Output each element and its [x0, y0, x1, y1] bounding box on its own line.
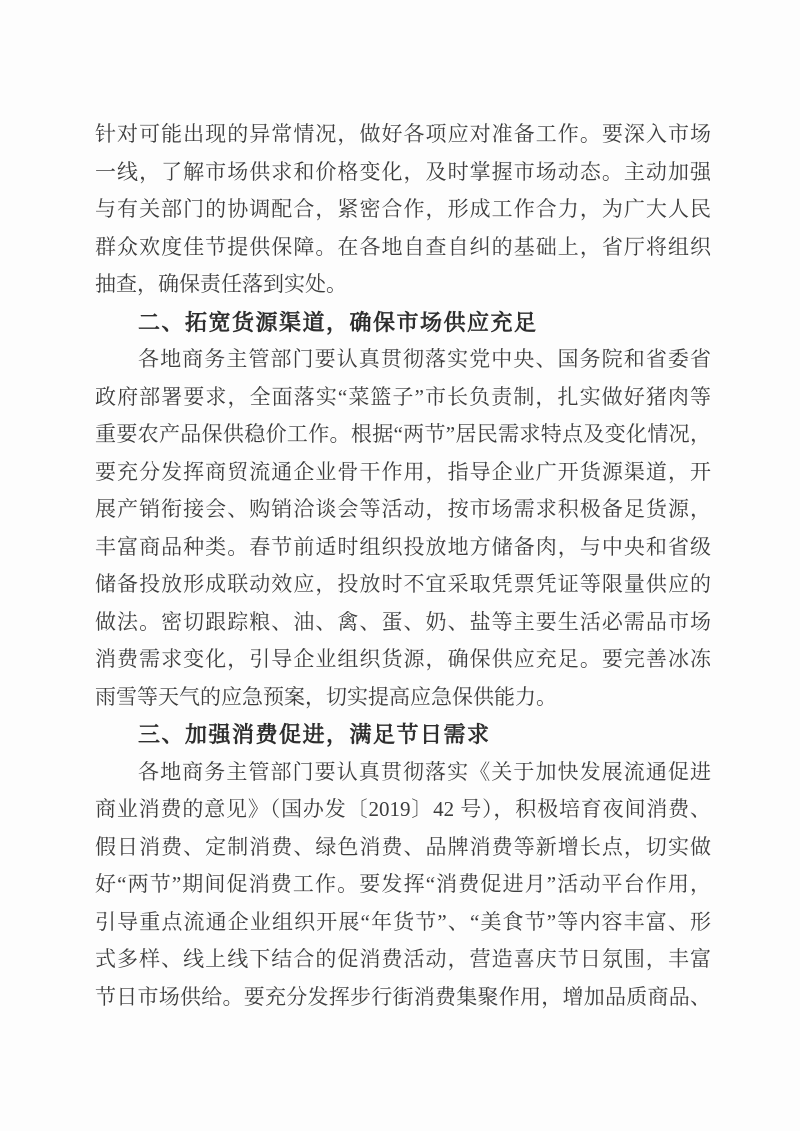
body-line: 展产销衔接会、购销洽谈会等活动，按市场需求积极备足货源， [95, 491, 711, 529]
body-line: 政府部署要求，全面落实“菜篮子”市长负责制，扎实做好猪肉等 [95, 379, 711, 417]
scanned-document-page: 针对可能出现的异常情况，做好各项应对准备工作。要深入市场 一线，了解市场供求和价… [0, 0, 800, 1131]
body-line: 一线，了解市场供求和价格变化，及时掌握市场动态。主动加强 [95, 154, 711, 192]
body-line: 与有关部门的协调配合，紧密合作，形成工作合力，为广大人民 [95, 191, 711, 229]
body-line: 重要农产品保供稳价工作。根据“两节”居民需求特点及变化情况， [95, 416, 711, 454]
body-line: 式多样、线上线下结合的促消费活动，营造喜庆节日氛围，丰富 [95, 941, 711, 979]
body-line: 储备投放形成联动效应，投放时不宜采取凭票凭证等限量供应的 [95, 566, 711, 604]
body-line: 各地商务主管部门要认真贯彻落实《关于加快发展流通促进 [95, 754, 711, 792]
body-line: 假日消费、定制消费、绿色消费、品牌消费等新增长点，切实做 [95, 829, 711, 867]
section-heading: 二、拓宽货源渠道，确保市场供应充足 [95, 304, 711, 342]
body-line: 商业消费的意见》（国办发〔2019〕42 号），积极培育夜间消费、 [95, 791, 711, 829]
body-line: 各地商务主管部门要认真贯彻落实党中央、国务院和省委省 [95, 341, 711, 379]
section-heading: 三、加强消费促进，满足节日需求 [95, 716, 711, 754]
document-text-block: 针对可能出现的异常情况，做好各项应对准备工作。要深入市场 一线，了解市场供求和价… [95, 116, 711, 1016]
body-line: 群众欢度佳节提供保障。在各地自查自纠的基础上，省厅将组织 [95, 229, 711, 267]
body-line: 丰富商品种类。春节前适时组织投放地方储备肉，与中央和省级 [95, 529, 711, 567]
body-line: 好“两节”期间促消费工作。要发挥“消费促进月”活动平台作用， [95, 866, 711, 904]
body-line: 针对可能出现的异常情况，做好各项应对准备工作。要深入市场 [95, 116, 711, 154]
body-line: 抽查，确保责任落到实处。 [95, 266, 711, 304]
body-line: 做法。密切跟踪粮、油、禽、蛋、奶、盐等主要生活必需品市场 [95, 604, 711, 642]
body-line: 引导重点流通企业组织开展“年货节”、“美食节”等内容丰富、形 [95, 904, 711, 942]
body-line: 要充分发挥商贸流通企业骨干作用，指导企业广开货源渠道，开 [95, 454, 711, 492]
body-line: 节日市场供给。要充分发挥步行街消费集聚作用，增加品质商品、 [95, 979, 711, 1017]
body-line: 消费需求变化，引导企业组织货源，确保供应充足。要完善冰冻 [95, 641, 711, 679]
body-line: 雨雪等天气的应急预案，切实提高应急保供能力。 [95, 679, 711, 717]
